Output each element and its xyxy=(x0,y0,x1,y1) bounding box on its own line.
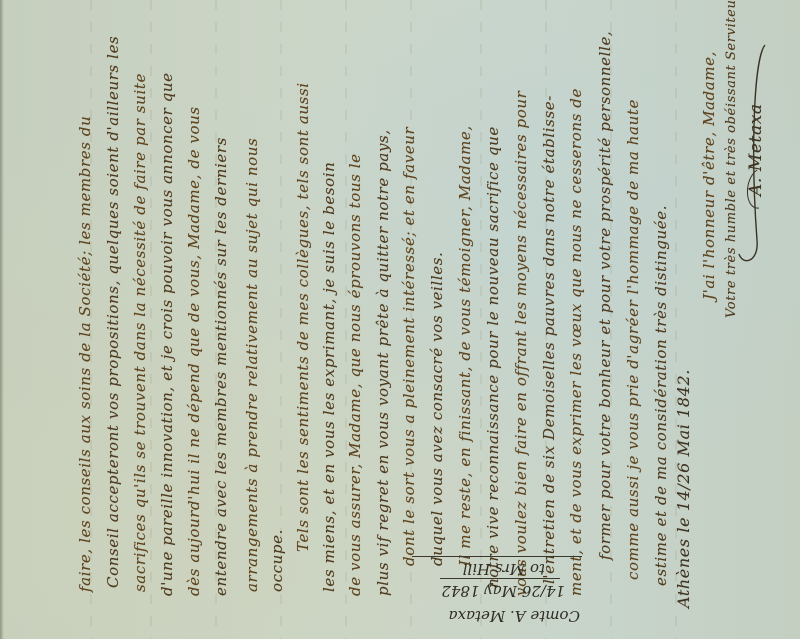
letter-line: Conseil accepteront vos propositions, qu… xyxy=(104,36,122,588)
letter-page: faire, les conseils aux soins de la Soci… xyxy=(0,0,800,639)
letter-line: estime et de ma considération très disti… xyxy=(652,205,670,586)
closing-line: J'ai l'honneur d'être, Madame, xyxy=(700,51,718,300)
docket-line: to Mrs Hill xyxy=(463,560,545,578)
letter-line: duquel vous avez consacré vos veilles. xyxy=(428,252,446,566)
docket-rule xyxy=(440,578,560,579)
letter-line: Il me reste, en finissant, de vous témoi… xyxy=(456,125,474,566)
letter-line: comme aussi je vous prie d'agréer l'homm… xyxy=(624,99,642,580)
letter-line: occupe. xyxy=(268,529,286,592)
dateline: Athènes le 14/26 Mai 1842. xyxy=(674,369,693,608)
letter-line: entendre avec les membres mentionnés sur… xyxy=(212,137,230,596)
letter-line: d'une pareille innovation, et je crois p… xyxy=(158,72,176,596)
letter-line: vous voulez bien faire en offrant les mo… xyxy=(512,91,530,596)
ink-bleed xyxy=(150,0,152,639)
letter-line: dès aujourd'hui il ne dépend que de vous… xyxy=(185,106,203,596)
letter-line: les miens, et en vous les exprimant, je … xyxy=(320,162,338,592)
letter-line: de vous assurer, Madame, que nous éprouv… xyxy=(346,153,364,596)
letter-line: former pour votre bonheur et pour votre … xyxy=(596,31,614,560)
signature-flourish-icon xyxy=(735,40,775,270)
letter-line: l'entretien de six Demoiselles pauvres d… xyxy=(540,95,558,584)
paper-edge xyxy=(0,0,4,639)
letter-line: notre vive reconnaissance pour le nouvea… xyxy=(484,126,502,588)
letter-line: dont le sort vous a pleinement intéressé… xyxy=(400,127,418,566)
letter-line: faire, les conseils aux soins de la Soci… xyxy=(76,116,94,592)
letter-line: sacrifices qu'ils se trouvent dans la né… xyxy=(131,73,149,592)
docket-rule xyxy=(412,556,582,557)
docket-line: 14/26 May 1842 xyxy=(441,582,565,600)
docket-line: Comte A. Metaxa xyxy=(449,607,580,625)
ink-bleed xyxy=(480,0,482,639)
letter-line: plus vif regret en vous voyant prête à q… xyxy=(374,129,392,596)
letter-line: ment, et de vous exprimer les vœux que n… xyxy=(567,88,585,596)
letter-line: Tels sont les sentiments de mes collègue… xyxy=(294,82,312,552)
letter-line: arrangements à prendre relativement au s… xyxy=(243,138,261,592)
